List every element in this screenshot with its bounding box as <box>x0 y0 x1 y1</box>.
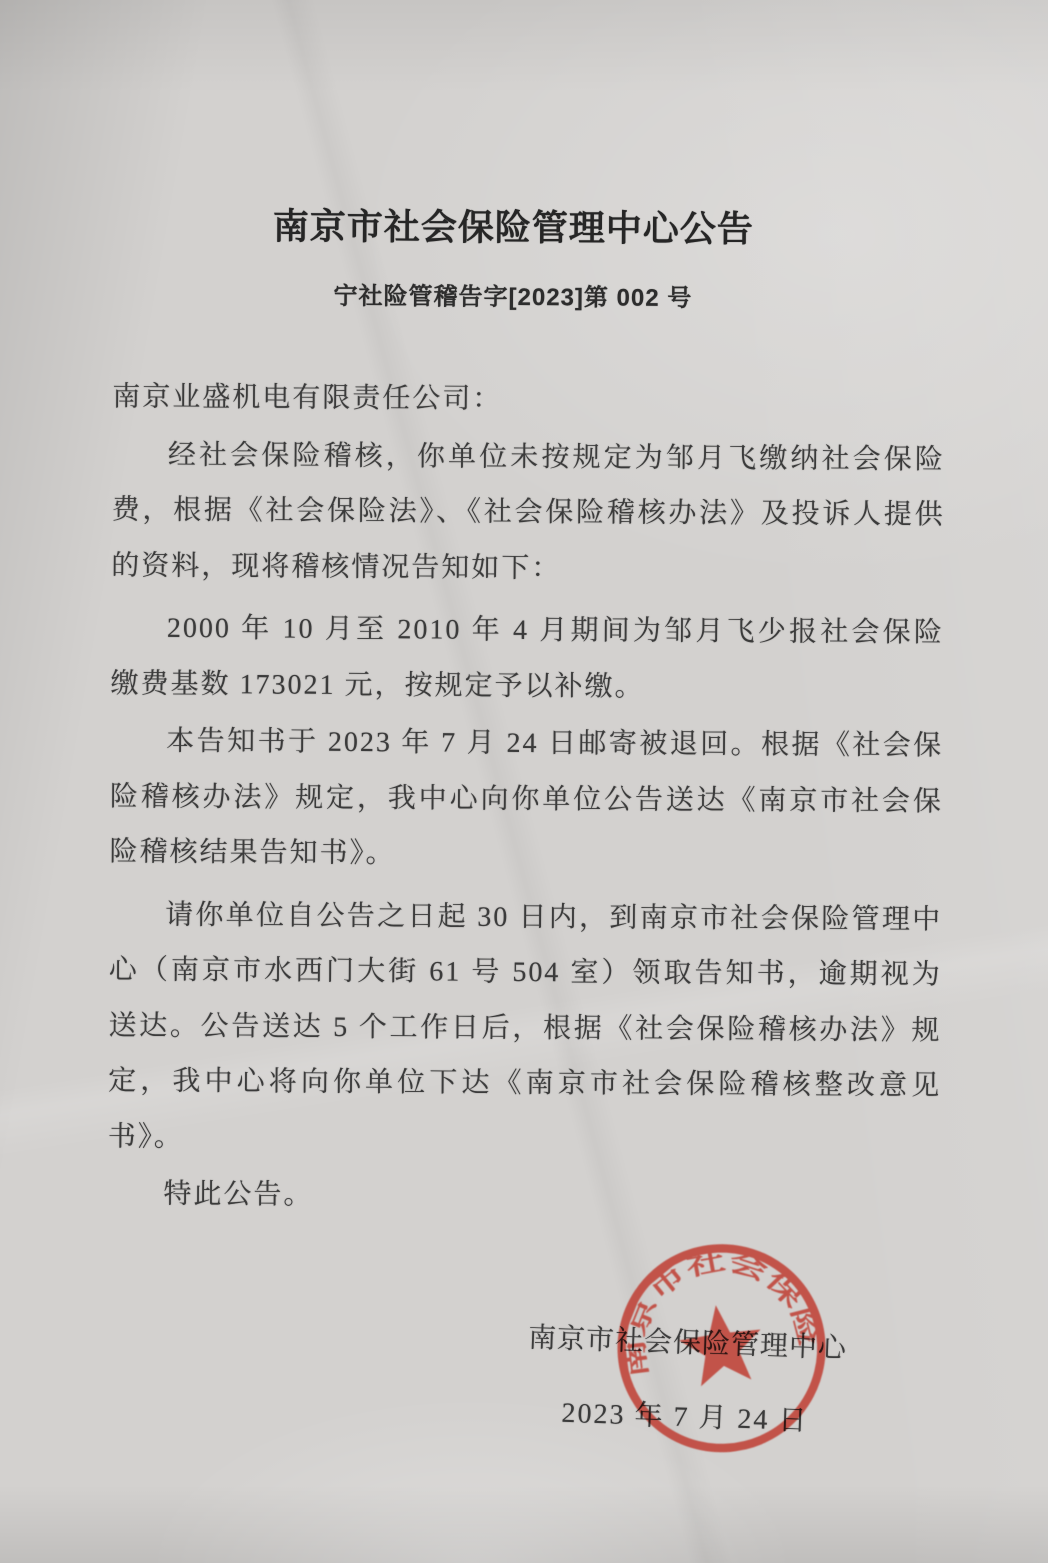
paragraph-1: 经社会保险稽核，你单位未按规定为邹月飞缴纳社会保险费，根据《社会保险法》、《社会… <box>111 427 945 599</box>
document-number: 宁社险管稽告字[2023]第 002 号 <box>3 274 1023 315</box>
document-title: 南京市社会保险管理中心公告 <box>3 197 1023 254</box>
recipient-line: 南京业盛机电有限责任公司： <box>112 369 945 430</box>
paragraph-3: 本告知书于 2023 年 7 月 24 日邮寄被退回。根据《社会保险稽核办法》规… <box>109 713 943 885</box>
document-sheet: 南京市社会保险管理中心公告 宁社险管稽告字[2023]第 002 号 南京业盛机… <box>0 0 1048 1563</box>
star-icon <box>675 1300 767 1389</box>
document-body: 南京业盛机电有限责任公司： 经社会保险稽核，你单位未按规定为邹月飞缴纳社会保险费… <box>107 369 945 1227</box>
paragraph-4: 请你单位自公告之日起 30 日内，到南京市社会保险管理中心（南京市水西门大街 6… <box>108 887 943 1170</box>
paragraph-2: 2000 年 10 月至 2010 年 4 月期间为邹月飞少报社会保险缴费基数 … <box>110 600 944 716</box>
paragraph-5: 特此公告。 <box>107 1166 940 1227</box>
official-seal-stamp: 南京市社会保险管理中心 <box>595 1221 849 1475</box>
